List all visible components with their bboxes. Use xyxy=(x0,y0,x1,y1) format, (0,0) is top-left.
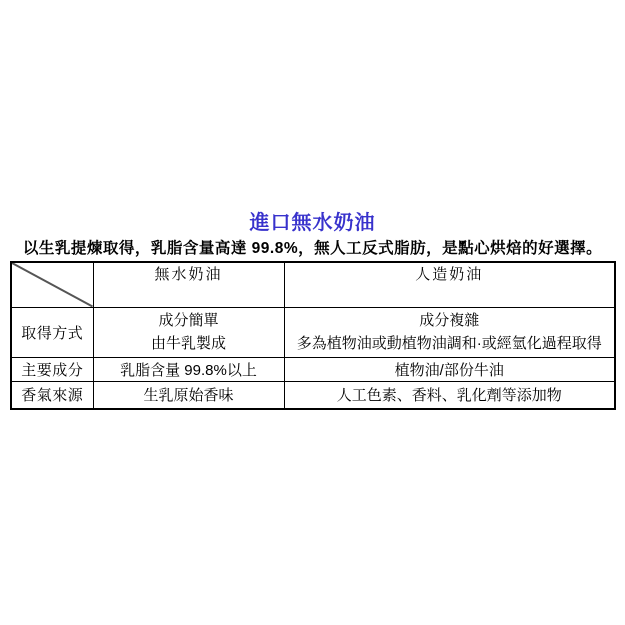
table-row-acquisition: 取得方式 成分簡單 由牛乳製成 成分複雜 多為植物油或動植物油調和·或經氫化過程… xyxy=(11,307,615,357)
page: 進口無水奶油 以生乳提煉取得，乳脂含量高達 99.8%，無人工反式脂肪，是點心烘… xyxy=(0,0,625,625)
table-header-row: 無水奶油 人造奶油 xyxy=(11,262,615,307)
cell-anhydrous-acquisition: 成分簡單 由牛乳製成 xyxy=(93,307,284,357)
table-row-aroma: 香氣來源 生乳原始香味 人工色素、香料、乳化劑等添加物 xyxy=(11,381,615,409)
cell-line: 成分簡單 xyxy=(94,309,284,332)
row-label-aroma: 香氣來源 xyxy=(11,381,93,409)
page-subtitle: 以生乳提煉取得，乳脂含量高達 99.8%，無人工反式脂肪，是點心烘焙的好選擇。 xyxy=(0,238,625,259)
cell-margarine-aroma: 人工色素、香料、乳化劑等添加物 xyxy=(284,381,615,409)
column-header-margarine: 人造奶油 xyxy=(284,262,615,307)
cell-line: 由牛乳製成 xyxy=(94,332,284,355)
row-label-ingredients: 主要成分 xyxy=(11,357,93,381)
column-header-anhydrous-butter: 無水奶油 xyxy=(93,262,284,307)
cell-line: 成分複雜 xyxy=(285,309,615,332)
cell-anhydrous-aroma: 生乳原始香味 xyxy=(93,381,284,409)
cell-margarine-acquisition: 成分複雜 多為植物油或動植物油調和·或經氫化過程取得 xyxy=(284,307,615,357)
page-title: 進口無水奶油 xyxy=(0,211,625,235)
cell-anhydrous-ingredients: 乳脂含量 99.8%以上 xyxy=(93,357,284,381)
cell-margarine-ingredients: 植物油/部份牛油 xyxy=(284,357,615,381)
corner-cell xyxy=(11,262,93,307)
cell-line: 多為植物油或動植物油調和·或經氫化過程取得 xyxy=(285,332,615,355)
table-row-ingredients: 主要成分 乳脂含量 99.8%以上 植物油/部份牛油 xyxy=(11,357,615,381)
diagonal-line xyxy=(12,263,93,307)
row-label-acquisition: 取得方式 xyxy=(11,307,93,357)
comparison-table: 無水奶油 人造奶油 取得方式 成分簡單 由牛乳製成 成分複雜 多為植物油或動植物… xyxy=(10,261,616,410)
